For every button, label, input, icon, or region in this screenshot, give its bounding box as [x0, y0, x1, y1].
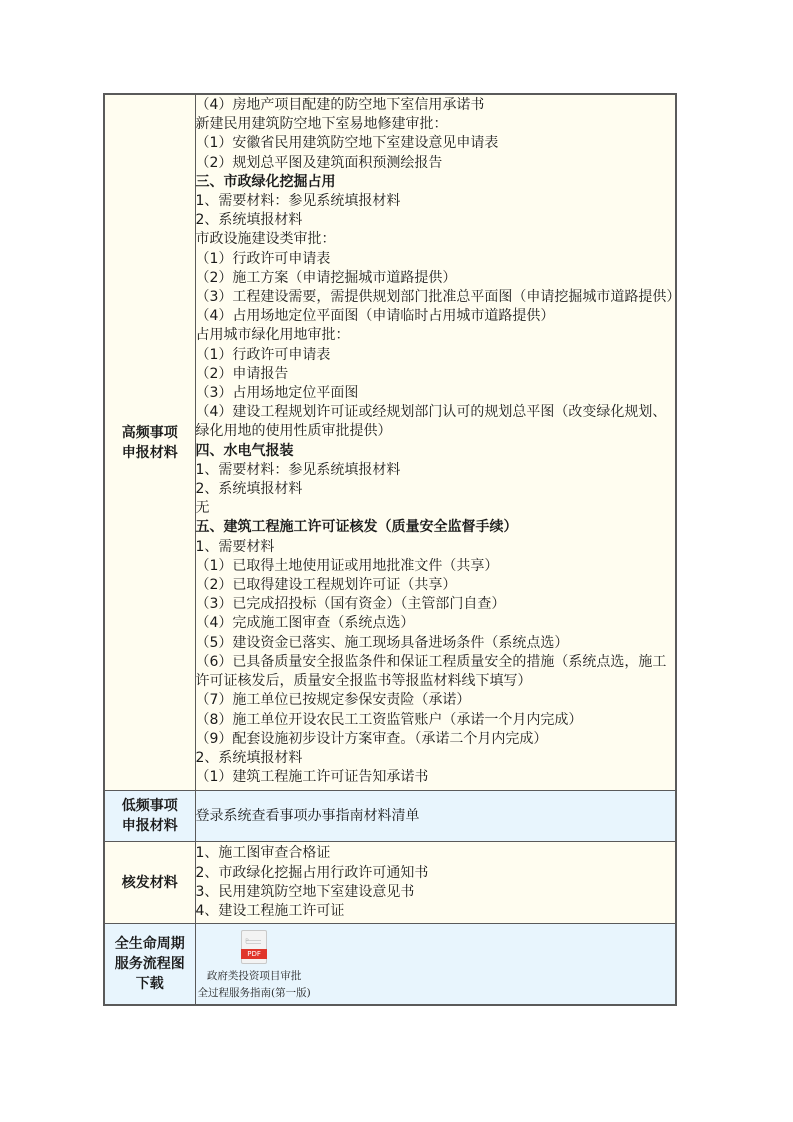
row-content-issued-materials: 1、施工图审查合格证 2、市政绿化挖掘占用行政许可通知书 3、民用建筑防空地下室…: [195, 842, 676, 924]
label-line: 服务流程图: [105, 954, 195, 974]
section-heading: 五、建筑工程施工许可证核发（质量安全监督手续）: [196, 518, 676, 537]
row-content-low-frequency: 登录系统查看事项办事指南材料清单: [195, 791, 676, 842]
content-line: 2、系统填报材料: [196, 480, 676, 499]
content-line: 2、市政绿化挖掘占用行政许可通知书: [196, 864, 676, 883]
row-label-high-frequency: 高频事项 申报材料: [104, 94, 195, 791]
content-line: 登录系统查看事项办事指南材料清单: [196, 807, 676, 826]
label-line: 申报材料: [105, 443, 195, 463]
content-line: （5）建设资金已落实、施工现场具备进场条件（系统点选）: [196, 634, 676, 653]
content-line: 1、需要材料：参见系统填报材料: [196, 461, 676, 480]
label-line: 全生命周期: [105, 934, 195, 954]
row-label-flowchart-download: 全生命周期 服务流程图 下载: [104, 924, 195, 1006]
label-line: 高频事项: [105, 423, 195, 443]
service-guide-table: 高频事项 申报材料 （4）房地产项目配建的防空地下室信用承诺书 新建民用建筑防空…: [103, 93, 677, 1006]
content-line: （1）建筑工程施工许可证告知承诺书: [196, 768, 676, 787]
content-line: （9）配套设施初步设计方案审查。（承诺二个月内完成）: [196, 730, 676, 749]
content-line: （6）已具备质量安全报监条件和保证工程质量安全的措施（系统点选，施工许可证核发后…: [196, 653, 676, 691]
table-row-issued-materials: 核发材料 1、施工图审查合格证 2、市政绿化挖掘占用行政许可通知书 3、民用建筑…: [104, 842, 676, 924]
row-content-high-frequency: （4）房地产项目配建的防空地下室信用承诺书 新建民用建筑防空地下室易地修建审批：…: [195, 94, 676, 791]
section-heading: 三、市政绿化挖掘占用: [196, 173, 676, 192]
label-line: 核发材料: [105, 873, 195, 893]
content-line: （2）规划总平图及建筑面积预测绘报告: [196, 154, 676, 173]
label-line: 下载: [105, 974, 195, 994]
content-line: （1）安徽省民用建筑防空地下室建设意见申请表: [196, 134, 676, 153]
pdf-caption-line[interactable]: 全过程服务指南(第一版): [198, 985, 311, 1002]
table-row-flowchart-download: 全生命周期 服务流程图 下载 P PDF 政府类投资项目审批 全过程服务指南(第…: [104, 924, 676, 1006]
label-line: 低频事项: [105, 796, 195, 816]
content-line: （3）已完成招投标（国有资金）（主管部门自查）: [196, 595, 676, 614]
row-content-flowchart-download: P PDF 政府类投资项目审批 全过程服务指南(第一版): [195, 924, 676, 1006]
content-line: 占用城市绿化用地审批：: [196, 326, 676, 345]
content-line: 1、需要材料: [196, 538, 676, 557]
content-line: 2、系统填报材料: [196, 749, 676, 768]
content-line: （4）房地产项目配建的防空地下室信用承诺书: [196, 96, 676, 115]
pdf-badge: PDF: [241, 949, 267, 959]
content-line: （7）施工单位已按规定参保安责险（承诺）: [196, 691, 676, 710]
content-line: （8）施工单位开设农民工工资监管账户（承诺一个月内完成）: [196, 711, 676, 730]
content-line: 4、建设工程施工许可证: [196, 902, 676, 921]
section-heading: 四、水电气报装: [196, 442, 676, 461]
content-line: 市政设施建设类审批：: [196, 230, 676, 249]
table-row-high-frequency-materials: 高频事项 申报材料 （4）房地产项目配建的防空地下室信用承诺书 新建民用建筑防空…: [104, 94, 676, 791]
content-line: （1）行政许可申请表: [196, 250, 676, 269]
row-label-issued-materials: 核发材料: [104, 842, 195, 924]
content-line: 无: [196, 499, 676, 518]
content-line: （4）占用场地定位平面图（申请临时占用城市道路提供）: [196, 307, 676, 326]
content-line: 1、施工图审查合格证: [196, 844, 676, 863]
table-row-low-frequency-materials: 低频事项 申报材料 登录系统查看事项办事指南材料清单: [104, 791, 676, 842]
content-line: 2、系统填报材料: [196, 211, 676, 230]
pdf-download-link[interactable]: P PDF 政府类投资项目审批 全过程服务指南(第一版): [198, 927, 311, 1002]
content-line: （2）申请报告: [196, 365, 676, 384]
content-line: （1）已取得土地使用证或用地批准文件（共享）: [196, 557, 676, 576]
content-line: （3）占用场地定位平面图: [196, 384, 676, 403]
content-line: （1）行政许可申请表: [196, 346, 676, 365]
content-line: （2）施工方案（申请挖掘城市道路提供）: [196, 269, 676, 288]
pdf-caption-line[interactable]: 政府类投资项目审批: [198, 968, 311, 985]
label-line: 申报材料: [105, 816, 195, 836]
content-line: 新建民用建筑防空地下室易地修建审批：: [196, 115, 676, 134]
content-line: 1、需要材料：参见系统填报材料: [196, 192, 676, 211]
content-line: 3、民用建筑防空地下室建设意见书: [196, 883, 676, 902]
row-label-low-frequency: 低频事项 申报材料: [104, 791, 195, 842]
content-line: （4）完成施工图审查（系统点选）: [196, 614, 676, 633]
pdf-file-icon[interactable]: P PDF: [241, 930, 267, 964]
content-line: （3）工程建设需要，需提供规划部门批准总平面图（申请挖掘城市道路提供）: [196, 288, 676, 307]
content-line: （2）已取得建设工程规划许可证（共享）: [196, 576, 676, 595]
content-line: （4）建设工程规划许可证或经规划部门认可的规划总平图（改变绿化规划、绿化用地的使…: [196, 403, 676, 441]
